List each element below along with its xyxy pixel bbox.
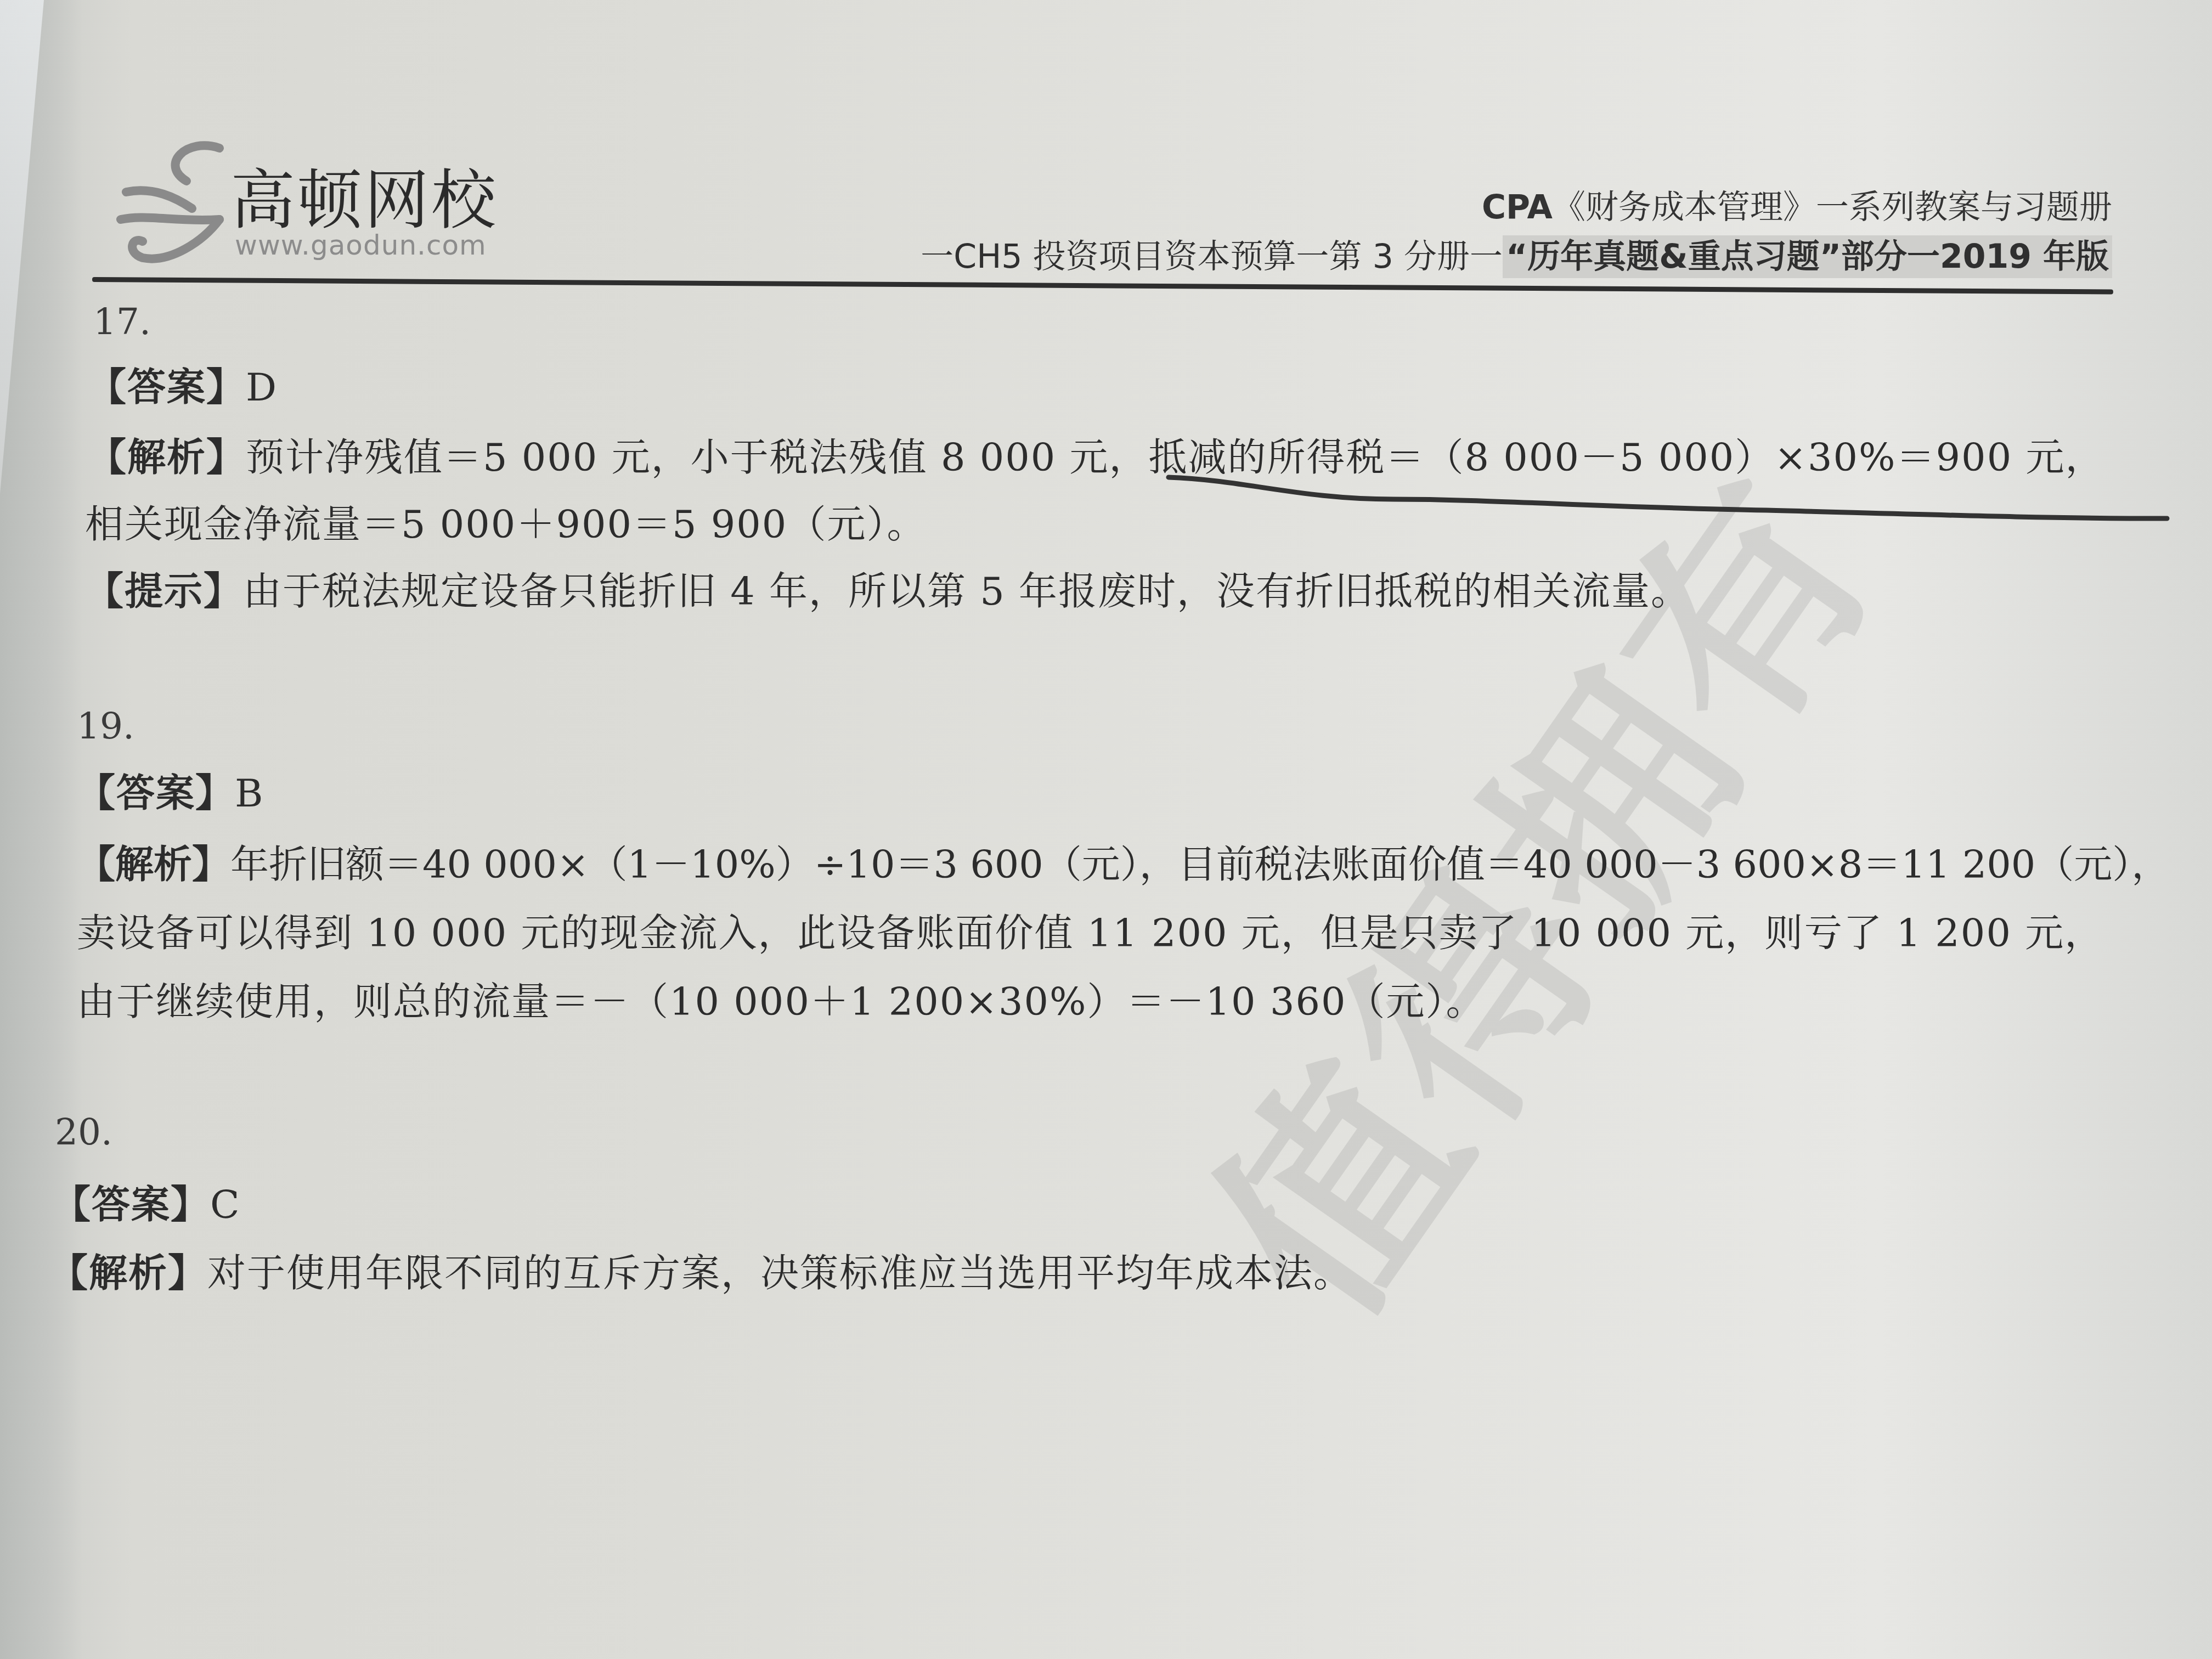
- analysis-line: 相关现金净流量＝5 000＋900＝5 900（元）。: [85, 494, 926, 549]
- analysis-text: 年折旧额＝40 000×（1－10%）÷10＝3 600（元），目前税法账面价值…: [230, 842, 2170, 887]
- analysis-tag: 【解析】: [49, 1251, 207, 1296]
- analysis-tag: 【解析】: [88, 435, 246, 480]
- hint-text: 由于税法规定设备只能折旧 4 年，所以第 5 年报废时，没有折旧抵税的相关流量。: [243, 569, 1690, 614]
- series-title: CPA《财务成本管理》一系列教案与习题册: [1482, 181, 2112, 228]
- analysis-line: 卖设备可以得到 10 000 元的现金流入，此设备账面价值 11 200 元，但…: [77, 902, 2104, 958]
- analysis-line: 【解析】对于使用年限不同的互斥方案，决策标准应当选用平均年成本法。: [49, 1243, 1353, 1298]
- chapter-line: 一CH5 投资项目资本预算一第 3 分册一“历年真题&重点习题”部分一2019 …: [921, 230, 2112, 278]
- gaodun-logo-icon: [104, 132, 236, 274]
- answer-value: D: [246, 365, 278, 410]
- header-rule: [92, 277, 2113, 295]
- answer-line: 【答案】C: [52, 1174, 241, 1229]
- answer-value: B: [235, 771, 264, 816]
- chapter-text: 一CH5 投资项目资本预算一第 3 分册一: [921, 238, 1503, 276]
- answer-tag: 【答案】: [52, 1182, 210, 1227]
- series-name: 《财务成本管理》一系列教案与习题册: [1553, 188, 2112, 227]
- analysis-line: 由于继续使用，则总的流量＝－（10 000＋1 200×30%）＝－10 360…: [77, 971, 1486, 1026]
- logo-url: www.gaodun.com: [235, 229, 487, 261]
- pen-underline: [1163, 466, 2172, 521]
- answer-value: C: [210, 1182, 241, 1227]
- section-highlight: “历年真题&重点习题”部分一2019 年版: [1503, 235, 2112, 278]
- answer-line: 【答案】B: [77, 763, 264, 818]
- question-number: 17.: [93, 301, 151, 343]
- analysis-text: 对于使用年限不同的互斥方案，决策标准应当选用平均年成本法。: [207, 1251, 1353, 1296]
- question-number: 19.: [77, 705, 134, 747]
- series-prefix: CPA: [1482, 188, 1553, 227]
- logo-name: 高顿网校: [230, 148, 498, 241]
- question-number: 20.: [55, 1111, 112, 1153]
- analysis-tag: 【解析】: [77, 842, 230, 887]
- answer-tag: 【答案】: [88, 365, 246, 410]
- answer-line: 【答案】D: [88, 357, 278, 412]
- answer-tag: 【答案】: [77, 771, 235, 816]
- hint-tag: 【提示】: [85, 569, 243, 614]
- analysis-line: 【解析】年折旧额＝40 000×（1－10%）÷10＝3 600（元），目前税法…: [77, 834, 2170, 889]
- hint-line: 【提示】由于税法规定设备只能折旧 4 年，所以第 5 年报废时，没有折旧抵税的相…: [85, 561, 1690, 616]
